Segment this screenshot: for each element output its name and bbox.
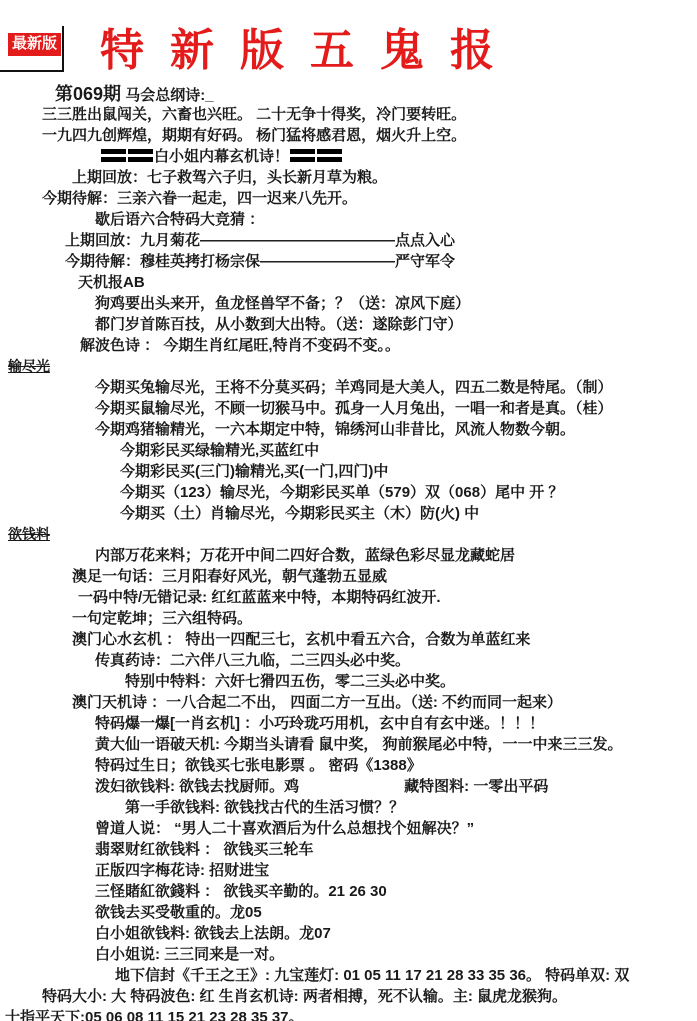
text-line: 白小姐欲钱料: 欲钱去上法朗。龙07 <box>0 923 697 944</box>
text-line: 解波色诗 ： 今期生肖红尾旺,特肖不变码不变。。 <box>0 335 697 356</box>
text-line: 一九四九创辉煌，期期有好码。 杨门猛将感君恩，烟火升上空。 <box>0 125 697 146</box>
text-line: 今期买（123）输尽光，今期彩民买单（579）双（068）尾中 开 ？ <box>0 482 697 503</box>
double-bar-icon <box>101 149 126 162</box>
header: 最新版 特新版五鬼报 <box>0 0 697 80</box>
text-line: 今期待解：穆桂英拷打杨宗保—————————严守军令 <box>0 251 697 272</box>
text-line: 狗鸡要出头来开，鱼龙怪兽罕不备；？（送：凉风下庭） <box>0 293 697 314</box>
text-line: 歇后语六合特码大竞猜 ： <box>0 209 697 230</box>
issue-subtitle: 马会总纲诗:_ <box>125 87 213 104</box>
text-line: 黄大仙一语破天机: 今期当头请看 鼠中奖， 狗前猴尾必中特，一一中来三三发。 <box>0 734 697 755</box>
text-line: 都门岁首陈百技，从小数到大出特。（送：遂除彭门守） <box>0 314 697 335</box>
content-lines: 三三胜出鼠闯关，六畜也兴旺。 二十无争十得奖，冷门要转旺。一九四九创辉煌，期期有… <box>0 103 697 1021</box>
latest-edition-badge-frame: 最新版 <box>0 26 64 72</box>
text-line: 今期待解：三亲六眷一起走，四一迟来八先开。 <box>0 188 697 209</box>
text-line: 内部万花来料；万花开中间二四好合数，蓝绿色彩尽显龙藏蛇居 <box>0 545 697 566</box>
double-bar-icon <box>128 149 153 162</box>
text-line: 今期彩民买绿输精光,买蓝红中 <box>0 440 697 461</box>
section-header: 欲钱料 <box>0 524 697 545</box>
text-line: 澳门心水玄机 ： 特出一四配三七，玄机中看五六合，合数为单蓝红来 <box>0 629 697 650</box>
text-line: 上期回放：九月菊花—————————————点点入心 <box>0 230 697 251</box>
text-line: 今期彩民买(三门)输精光,买(一门,四门)中 <box>0 461 697 482</box>
text-line: 十指平天下:05 06 08 11 15 21 23 28 35 37。 <box>0 1007 697 1021</box>
text-line: 今期买（土）肖输尽光，今期彩民买主（木）防(火) 中 <box>0 503 697 524</box>
text-line: 地下信封《千王之王》: 九宝莲灯: 01 05 11 17 21 28 33 3… <box>0 965 697 986</box>
text-line: 特码过生日；欲钱买七张电影票 。 密码《1388》 <box>0 755 697 776</box>
text-line: 白小姐内幕玄机诗！ <box>0 146 697 167</box>
text-line: 三怪賭紅欲錢料 ： 欲钱买辛勤的。21 26 30 <box>0 881 697 902</box>
text-line: 特码大小: 大 特码波色: 红 生肖玄机诗: 两者相搏，死不认输。主: 鼠虎龙猴… <box>0 986 697 1007</box>
page: 最新版 特新版五鬼报 第069期 马会总纲诗:_ 三三胜出鼠闯关，六畜也兴旺。 … <box>0 0 697 1021</box>
latest-edition-badge: 最新版 <box>8 33 61 56</box>
text-line: 正版四字梅花诗: 招财进宝 <box>0 860 697 881</box>
text-line: 澳足一句话：三月阳春好风光，朝气蓬勃五显威 <box>0 566 697 587</box>
text-line: 一码中特/无错记录: 红红蓝蓝来中特，本期特码红波开. <box>0 587 697 608</box>
text-line: 特别中特料：六奸七猾四五伤，零二三头必中奖。 <box>0 671 697 692</box>
double-bar-icon <box>290 149 315 162</box>
page-title: 特新版五鬼报 <box>100 14 520 78</box>
text-line: 今期买兔输尽光，王将不分莫买码；羊鸡同是大美人，四五二数是特尾。（制） <box>0 377 697 398</box>
text-line: 特码爆一爆[一肖玄机] ：小巧玲珑巧用机，玄中自有玄中迷。！！！ <box>0 713 697 734</box>
text-line: 第一手欲钱料: 欲钱找古代的生活习惯？？ <box>0 797 697 818</box>
text-line: 三三胜出鼠闯关，六畜也兴旺。 二十无争十得奖，冷门要转旺。 <box>0 104 697 125</box>
issue-line: 第069期 马会总纲诗:_ <box>0 80 697 103</box>
text-line: 一句定乾坤；三六组特码。 <box>0 608 697 629</box>
section-header: 输尽光 <box>0 356 697 377</box>
text-line: 白小姐说: 三三同来是一对。 <box>0 944 697 965</box>
text-line: 曾道人说： “男人二十喜欢酒后为什么总想找个妞解决？” <box>0 818 697 839</box>
text-line: 欲钱去买受敬重的。龙05 <box>0 902 697 923</box>
text-line: 天机报AB <box>0 272 697 293</box>
issue-number: 第069期 <box>55 84 121 104</box>
text-line: 传真药诗：二六伴八三九临，二三四头必中奖。 <box>0 650 697 671</box>
text-line: 翡翠财红欲钱料 ： 欲钱买三轮车 <box>0 839 697 860</box>
text-line: 今期鸡猪输精光，一六本期定中特，锦绣河山非昔比，风流人物数今朝。 <box>0 419 697 440</box>
text-line: 今期买鼠输尽光，不顾一切猴马中。孤身一人月兔出，一唱一和者是真。（桂） <box>0 398 697 419</box>
text-line: 泼妇欲钱料: 欲钱去找厨师。鸡 藏特图料: 一零出平码 <box>0 776 697 797</box>
text-line: 上期回放：七子救驾六子归，头长新月草为粮。 <box>0 167 697 188</box>
text-line: 澳门天机诗 ：一八合起二不出， 四面二方一互出。（送: 不约而同一起来） <box>0 692 697 713</box>
text-line: 白小姐内幕玄机诗！ <box>154 148 289 165</box>
double-bar-icon <box>317 149 342 162</box>
